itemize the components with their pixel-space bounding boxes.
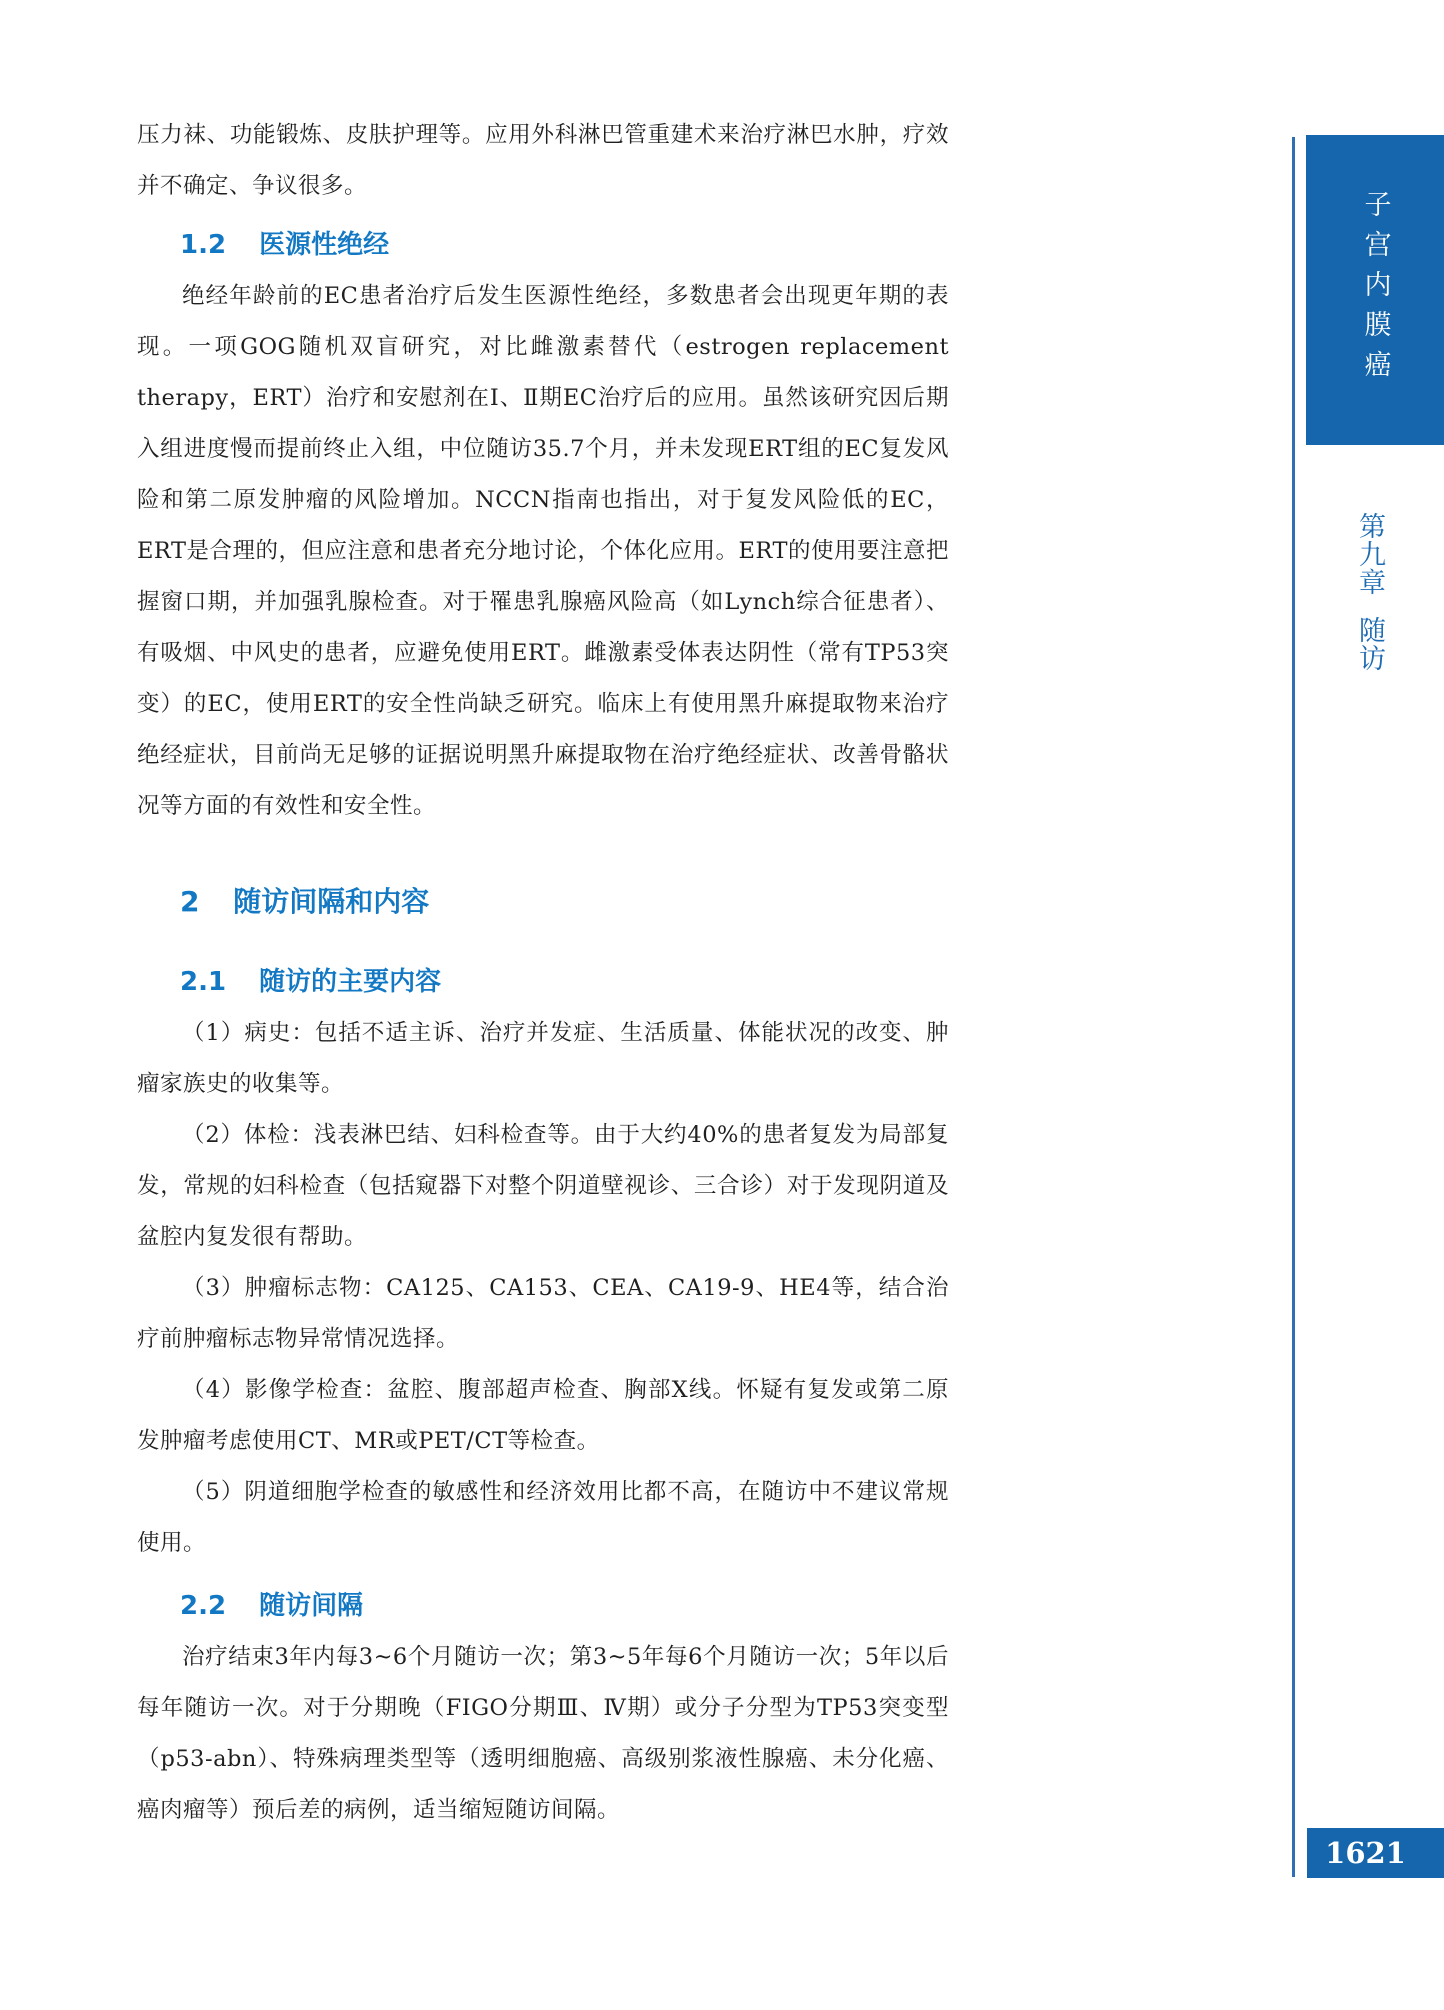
list-item-5-vaginal-cytology: （5）阴道细胞学检查的敏感性和经济效用比都不高，在随访中不建议常规使用。 [137, 1467, 949, 1569]
heading-2-2-followup-interval: 2.2 随访间隔 [137, 1581, 949, 1632]
heading-title: 随访间隔 [259, 1591, 363, 1621]
main-text-column: 压力袜、功能锻炼、皮肤护理等。应用外科淋巴管重建术来治疗淋巴水肿，疗效并不确定、… [137, 110, 949, 1836]
heading-title: 随访间隔和内容 [233, 885, 429, 918]
list-item-3-tumor-markers: （3）肿瘤标志物：CA125、CA153、CEA、CA19-9、HE4等，结合治… [137, 1263, 949, 1365]
book-title-vertical-text: 子宫内膜癌 [1356, 190, 1395, 390]
heading-title: 医源性绝经 [259, 230, 389, 260]
paragraph-followup-schedule: 治疗结束3年内每3~6个月随访一次；第3~5年每6个月随访一次；5年以后每年随访… [137, 1632, 949, 1836]
heading-2-followup-interval-content: 2 随访间隔和内容 [137, 876, 949, 927]
sidebar-divider-line [1292, 137, 1295, 1877]
page-number: 1621 [1325, 1836, 1406, 1870]
heading-2-1-main-followup-content: 2.1 随访的主要内容 [137, 957, 949, 1008]
paragraph-lymphedema-continuation: 压力袜、功能锻炼、皮肤护理等。应用外科淋巴管重建术来治疗淋巴水肿，疗效并不确定、… [137, 110, 949, 212]
heading-number: 2.1 [180, 967, 226, 997]
heading-1-2-iatrogenic-menopause: 1.2 医源性绝经 [137, 220, 949, 271]
page-number-badge: 1621 [1307, 1828, 1444, 1878]
paragraph-iatrogenic-menopause: 绝经年龄前的EC患者治疗后发生医源性绝经，多数患者会出现更年期的表现。一项GOG… [137, 271, 949, 832]
book-page: 压力袜、功能锻炼、皮肤护理等。应用外科淋巴管重建术来治疗淋巴水肿，疗效并不确定、… [0, 0, 1444, 2010]
list-item-4-imaging: （4）影像学检查：盆腔、腹部超声检查、胸部X线。怀疑有复发或第二原发肿瘤考虑使用… [137, 1365, 949, 1467]
heading-number: 1.2 [180, 230, 226, 260]
list-item-2-physical-exam: （2）体检：浅表淋巴结、妇科检查等。由于大约40%的患者复发为局部复发，常规的妇… [137, 1110, 949, 1263]
chapter-number-vertical-text: 第九章 [1350, 512, 1389, 596]
heading-number: 2 [180, 885, 199, 918]
heading-title: 随访的主要内容 [259, 967, 441, 997]
chapter-name-vertical-text: 随访 [1350, 616, 1389, 672]
book-title-tab: 子宫内膜癌 [1306, 135, 1444, 445]
list-item-1-medical-history: （1）病史：包括不适主诉、治疗并发症、生活质量、体能状况的改变、肿瘤家族史的收集… [137, 1008, 949, 1110]
heading-number: 2.2 [180, 1591, 226, 1621]
